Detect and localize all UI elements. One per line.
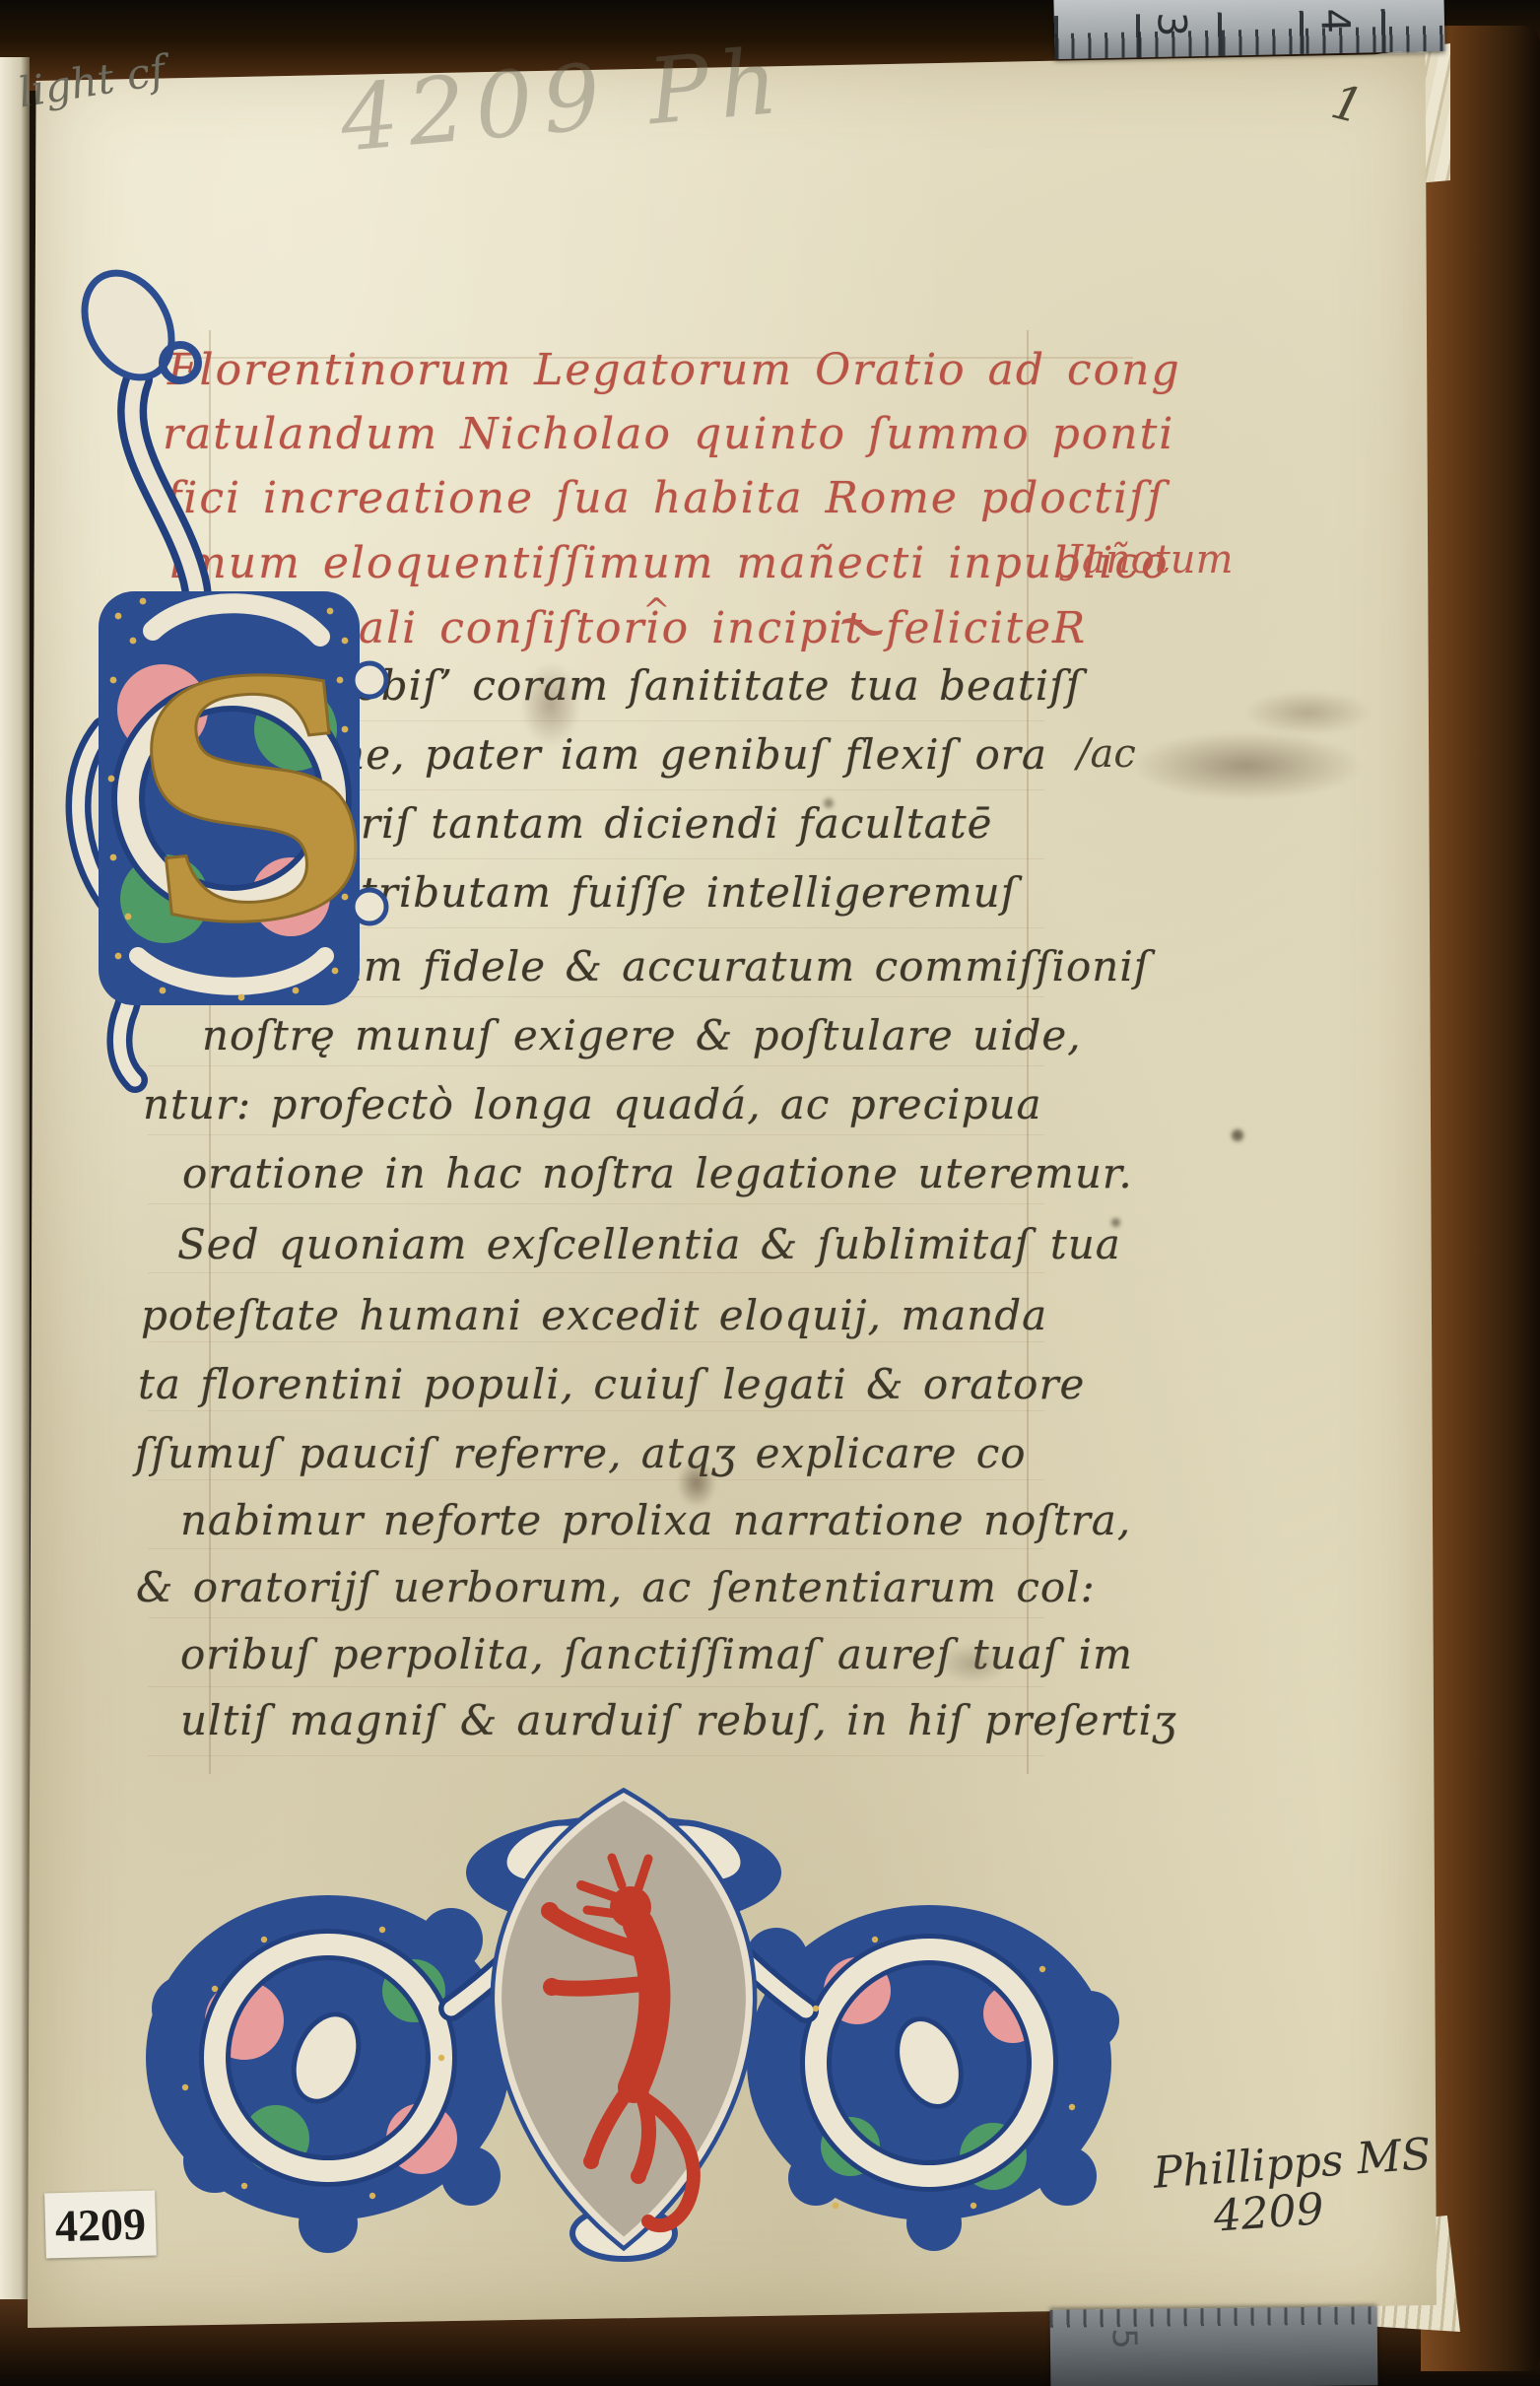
body-line: ta florentini populi, cuiuſ legati & ora… xyxy=(138,1360,1085,1408)
ink-speck xyxy=(824,798,834,808)
ruler-number: 3 xyxy=(1148,11,1194,36)
stain xyxy=(520,662,581,747)
initial-letter: S xyxy=(116,599,390,1004)
facing-page-edge xyxy=(0,57,30,2299)
stain xyxy=(1243,690,1372,735)
phillipps-inscription: Phillipps MS 4209 xyxy=(1152,2131,1436,2245)
leather-book-edge xyxy=(1421,26,1540,2371)
manuscript-photo: 3 4 5 light cf 4209 Ph 1 Florentinorum L… xyxy=(0,0,1540,2386)
ink-speck xyxy=(1111,1218,1120,1227)
ink-speck xyxy=(1232,1129,1243,1141)
insertion-caret: ^ xyxy=(642,591,671,631)
erasure-smudge xyxy=(1131,731,1363,800)
body-line: Sed quoniam exſcellentia & ſublimitaſ tu… xyxy=(177,1220,1121,1268)
illuminated-initial-S: S xyxy=(44,266,438,1114)
armorial-shield xyxy=(499,1797,750,2241)
body-line: & oratorijſ uerborum, ac ſententiarum co… xyxy=(136,1563,1096,1611)
body-line: ultiſ magniſ & aurduiſ rebuſ, in hiſ pre… xyxy=(180,1696,1177,1744)
body-line: poteſtate humani excedit eloquij, manda xyxy=(141,1291,1047,1339)
ink-blot xyxy=(678,1461,715,1506)
shelfmark-number: 4209 xyxy=(54,2197,146,2251)
shelfmark-label: 4209 xyxy=(44,2191,157,2259)
ruler-number: 4 xyxy=(1311,8,1358,34)
ruler-tick-marks xyxy=(1050,2306,1377,2327)
marginal-note-ink: /ac xyxy=(1077,731,1136,777)
body-line: ſſumuſ pauciſ referre, atqʒ explicare co xyxy=(135,1429,1027,1477)
body-line: oratione in hac noſtra legatione uteremu… xyxy=(182,1149,1133,1197)
marginal-note-red: Jañotum xyxy=(1066,537,1234,582)
ruler-cm-marks xyxy=(1054,8,1445,59)
body-line: nabimur neforte prolixa narratione noſtr… xyxy=(180,1496,1131,1544)
ruler-number: 5 xyxy=(1105,2328,1144,2350)
stain xyxy=(938,1644,1009,1683)
basdepage-ornament xyxy=(126,1762,1121,2265)
measuring-ruler-top: 3 4 xyxy=(1053,0,1444,59)
measuring-ruler-bottom: 5 xyxy=(1050,2306,1378,2386)
